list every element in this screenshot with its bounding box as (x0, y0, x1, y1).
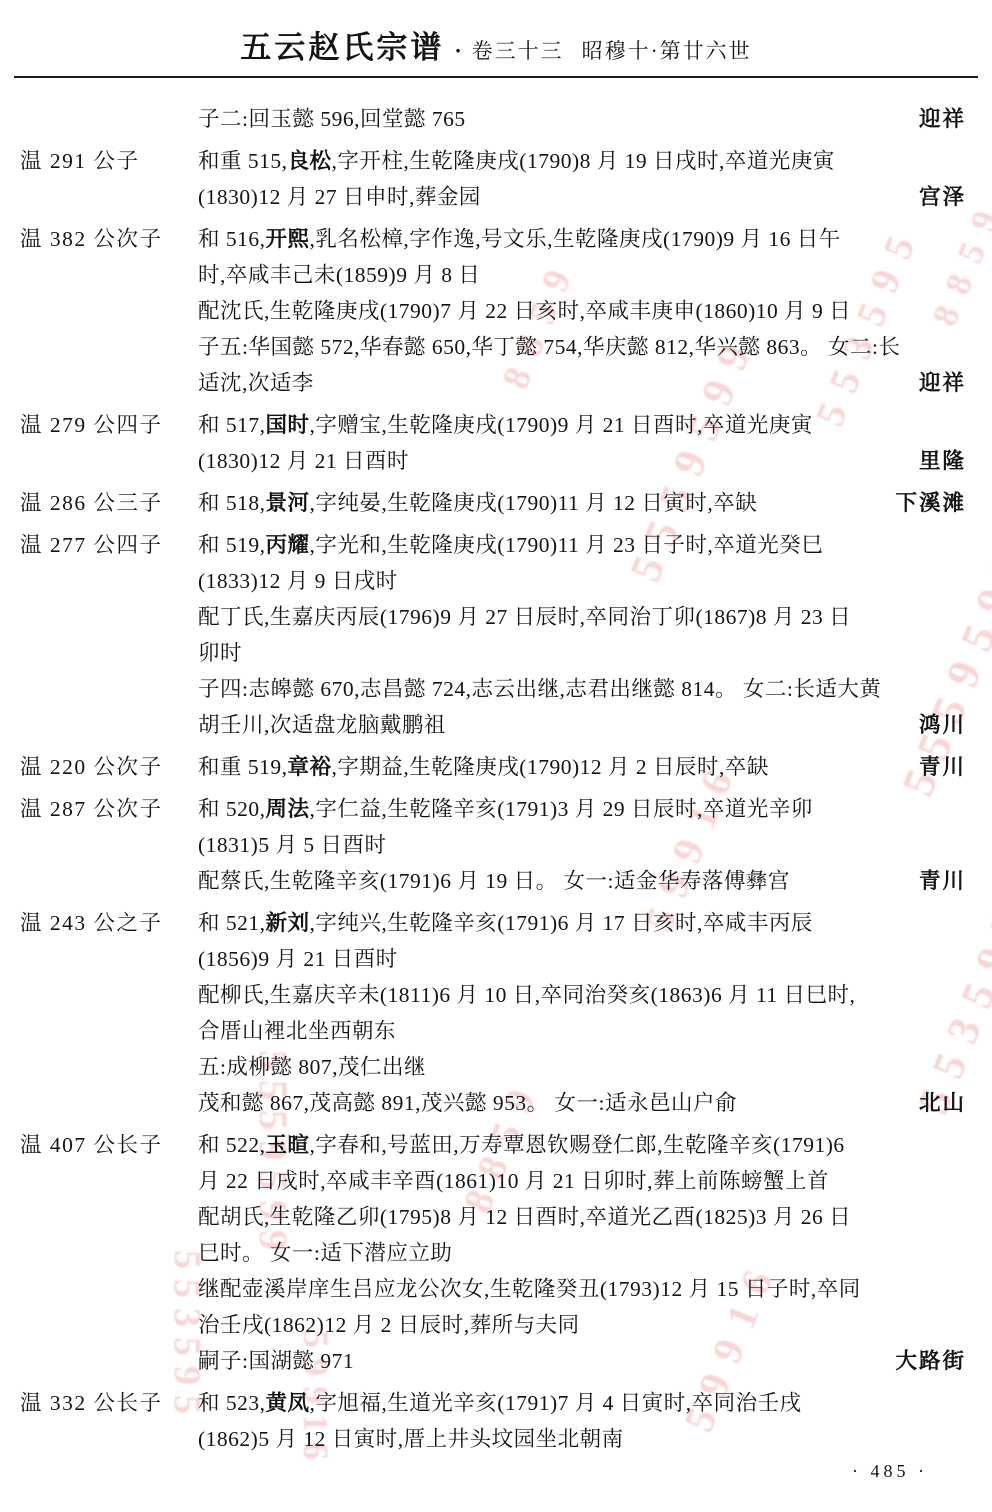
generation-label: 温 382 公次子 (20, 221, 198, 257)
page-number: · 485 · (852, 1461, 928, 1482)
entry-text: 和 518,景河,字纯晏,生乾隆庚戌(1790)11 月 12 日寅时,卒缺 (198, 485, 757, 521)
entry-text: 和重 519,章裕,字期益,生乾隆庚戌(1790)12 月 2 日辰时,卒缺 (198, 749, 769, 785)
entry-text: 和 523,黄凤,字旭福,生道光辛亥(1791)7 月 4 日寅时,卒同治壬戌 (198, 1385, 802, 1421)
entry-text: 和 516,开熙,乳名松樟,字作逸,号文乐,生乾隆庚戌(1790)9 月 16 … (198, 221, 841, 257)
entry-text: 治壬戌(1862)12 月 2 日辰时,葬所与夫同 (198, 1307, 580, 1343)
entry-text: 茂和懿 867,茂高懿 891,茂兴懿 953。 女一:适永邑山户俞 (198, 1085, 737, 1121)
given-name: 新刘 (266, 911, 310, 935)
entry-text: 配蔡氏,生乾隆辛亥(1791)6 月 19 日。 女一:适金华寿落傅彝宫 (198, 863, 790, 899)
entry-line: (1833)12 月 9 日戌时 (20, 563, 966, 599)
entry-line: 温 279 公四子和 517,国时,字赠宝,生乾隆庚戌(1790)9 月 21 … (20, 407, 966, 443)
given-name: 章裕 (288, 755, 332, 779)
generation-label: 温 279 公四子 (20, 407, 198, 443)
entry-line: 月 22 日戌时,卒咸丰辛酉(1861)10 月 21 日卯时,葬上前陈螃蟹上首 (20, 1163, 966, 1199)
place-name: 青川 (907, 749, 966, 785)
entry-text: 五:成柳懿 807,茂仁出继 (198, 1049, 426, 1085)
section-label: 昭穆十·第廿六世 (582, 35, 752, 65)
book-title: 五云赵氏宗谱 (240, 22, 444, 67)
entry-line: 温 382 公次子和 516,开熙,乳名松樟,字作逸,号文乐,生乾隆庚戌(179… (20, 221, 966, 257)
page-header: 五云赵氏宗谱 · 卷三十三 昭穆十·第廿六世 (0, 0, 992, 67)
entry-text: 继配壶溪岸庠生吕应龙公次女,生乾隆癸丑(1793)12 月 15 日子时,卒同 (198, 1271, 861, 1307)
entry-line: 配胡氏,生乾隆乙卯(1795)8 月 12 日酉时,卒道光乙酉(1825)3 月… (20, 1199, 966, 1235)
entry-line: 配柳氏,生嘉庆辛未(1811)6 月 10 日,卒同治癸亥(1863)6 月 1… (20, 977, 966, 1013)
generation-label: 温 291 公子 (20, 143, 198, 179)
place-name: 下溪滩 (883, 485, 966, 521)
generation-label: 温 287 公次子 (20, 791, 198, 827)
genealogy-page: 五云赵氏宗谱 · 卷三十三 昭穆十·第廿六世 55595995535955559… (0, 0, 992, 1512)
entry-text: 子五:华国懿 572,华春懿 650,华丁懿 754,华庆懿 812,华兴懿 8… (198, 329, 900, 365)
entry-line: 嗣子:国湖懿 971大路街 (20, 1343, 966, 1379)
entry-text: 月 22 日戌时,卒咸丰辛酉(1861)10 月 21 日卯时,葬上前陈螃蟹上首 (198, 1163, 829, 1199)
entry-line: 配沈氏,生乾隆庚戌(1790)7 月 22 日亥时,卒咸丰庚申(1860)10 … (20, 293, 966, 329)
entry-text: (1856)9 月 21 日酉时 (198, 941, 398, 977)
entry-text: 和 520,周法,字仁益,生乾隆辛亥(1791)3 月 29 日辰时,卒道光辛卯 (198, 791, 813, 827)
generation-label: 温 277 公四子 (20, 527, 198, 563)
entry-line: 温 287 公次子和 520,周法,字仁益,生乾隆辛亥(1791)3 月 29 … (20, 791, 966, 827)
place-name: 宫泽 (907, 179, 966, 215)
given-name: 开熙 (266, 227, 310, 251)
given-name: 丙耀 (266, 533, 310, 557)
entry-line: (1862)5 月 12 日寅时,厝上井头坟园坐北朝南 (20, 1421, 966, 1457)
entry-text: 配沈氏,生乾隆庚戌(1790)7 月 22 日亥时,卒咸丰庚申(1860)10 … (198, 293, 851, 329)
entry-text: 配胡氏,生乾隆乙卯(1795)8 月 12 日酉时,卒道光乙酉(1825)3 月… (198, 1199, 851, 1235)
entry-line: (1830)12 月 27 日申时,葬金园宫泽 (20, 179, 966, 215)
volume-label: 卷三十三 (472, 35, 564, 65)
entry-line: 茂和懿 867,茂高懿 891,茂兴懿 953。 女一:适永邑山户俞北山 (20, 1085, 966, 1121)
entry-text: 时,卒咸丰己未(1859)9 月 8 日 (198, 257, 480, 293)
entries-container: 子二:回玉懿 596,回堂懿 765迎祥温 291 公子和重 515,良松,字开… (0, 78, 992, 1457)
entry-line: 温 407 公长子和 522,玉暄,字春和,号蓝田,万寿覃恩钦赐登仁郎,生乾隆辛… (20, 1127, 966, 1163)
entry-text: 卯时 (198, 635, 242, 671)
entry-line: 温 220 公次子和重 519,章裕,字期益,生乾隆庚戌(1790)12 月 2… (20, 749, 966, 785)
entry-text: (1830)12 月 21 日酉时 (198, 443, 409, 479)
entry-text: 和 522,玉暄,字春和,号蓝田,万寿覃恩钦赐登仁郎,生乾隆辛亥(1791)6 (198, 1127, 845, 1163)
entry-text: 配丁氏,生嘉庆丙辰(1796)9 月 27 日辰时,卒同治丁卯(1867)8 月… (198, 599, 851, 635)
entry-text: 配柳氏,生嘉庆辛未(1811)6 月 10 日,卒同治癸亥(1863)6 月 1… (198, 977, 855, 1013)
entry-line: 时,卒咸丰己未(1859)9 月 8 日 (20, 257, 966, 293)
entry-line: 子二:回玉懿 596,回堂懿 765迎祥 (20, 101, 966, 137)
entry-text: 合厝山裡北坐西朝东 (198, 1013, 396, 1049)
entry-line: 温 277 公四子和 519,丙耀,字光和,生乾隆庚戌(1790)11 月 23… (20, 527, 966, 563)
entry-line: 配蔡氏,生乾隆辛亥(1791)6 月 19 日。 女一:适金华寿落傅彝宫青川 (20, 863, 966, 899)
title-separator: · (454, 38, 461, 64)
entry-line: 治壬戌(1862)12 月 2 日辰时,葬所与夫同 (20, 1307, 966, 1343)
entry-text: 胡壬川,次适盘龙脑戴鹏祖 (198, 707, 446, 743)
entry-line: 温 243 公之子和 521,新刘,字纯兴,生乾隆辛亥(1791)6 月 17 … (20, 905, 966, 941)
given-name: 玉暄 (266, 1133, 310, 1157)
place-name: 北山 (907, 1085, 966, 1121)
given-name: 黄凤 (266, 1391, 310, 1415)
entry-text: 子二:回玉懿 596,回堂懿 765 (198, 101, 466, 137)
place-name: 青川 (907, 863, 966, 899)
entry-line: 适沈,次适李迎祥 (20, 365, 966, 401)
entry-text: 和重 515,良松,字开柱,生乾隆庚戌(1790)8 月 19 日戌时,卒道光庚… (198, 143, 835, 179)
entry-line: 卯时 (20, 635, 966, 671)
entry-line: 子五:华国懿 572,华春懿 650,华丁懿 754,华庆懿 812,华兴懿 8… (20, 329, 966, 365)
entry-text: 子四:志皞懿 670,志昌懿 724,志云出继,志君出继懿 814。 女二:长适… (198, 671, 881, 707)
entry-line: 继配壶溪岸庠生吕应龙公次女,生乾隆癸丑(1793)12 月 15 日子时,卒同 (20, 1271, 966, 1307)
entry-text: 巳时。 女一:适下潜应立助 (198, 1235, 452, 1271)
entry-text: (1862)5 月 12 日寅时,厝上井头坟园坐北朝南 (198, 1421, 624, 1457)
place-name: 迎祥 (907, 365, 966, 401)
entry-text: (1833)12 月 9 日戌时 (198, 563, 398, 599)
place-name: 大路街 (883, 1343, 966, 1379)
entry-line: (1830)12 月 21 日酉时里隆 (20, 443, 966, 479)
entry-line: 巳时。 女一:适下潜应立助 (20, 1235, 966, 1271)
given-name: 国时 (266, 413, 310, 437)
entry-text: 和 521,新刘,字纯兴,生乾隆辛亥(1791)6 月 17 日亥时,卒咸丰丙辰 (198, 905, 813, 941)
entry-text: (1830)12 月 27 日申时,葬金园 (198, 179, 481, 215)
generation-label: 温 286 公三子 (20, 485, 198, 521)
entry-line: 胡壬川,次适盘龙脑戴鹏祖鸿川 (20, 707, 966, 743)
entry-line: 配丁氏,生嘉庆丙辰(1796)9 月 27 日辰时,卒同治丁卯(1867)8 月… (20, 599, 966, 635)
entry-text: 和 517,国时,字赠宝,生乾隆庚戌(1790)9 月 21 日酉时,卒道光庚寅 (198, 407, 813, 443)
place-name: 里隆 (907, 443, 966, 479)
generation-label: 温 220 公次子 (20, 749, 198, 785)
entry-line: 温 332 公长子和 523,黄凤,字旭福,生道光辛亥(1791)7 月 4 日… (20, 1385, 966, 1421)
entry-line: 合厝山裡北坐西朝东 (20, 1013, 966, 1049)
given-name: 周法 (266, 797, 310, 821)
entry-line: 子四:志皞懿 670,志昌懿 724,志云出继,志君出继懿 814。 女二:长适… (20, 671, 966, 707)
entry-text: 和 519,丙耀,字光和,生乾隆庚戌(1790)11 月 23 日子时,卒道光癸… (198, 527, 823, 563)
entry-line: 五:成柳懿 807,茂仁出继 (20, 1049, 966, 1085)
entry-text: (1831)5 月 5 日酉时 (198, 827, 386, 863)
given-name: 景河 (266, 491, 310, 515)
entry-line: 温 286 公三子和 518,景河,字纯晏,生乾隆庚戌(1790)11 月 12… (20, 485, 966, 521)
entry-text: 嗣子:国湖懿 971 (198, 1343, 354, 1379)
generation-label: 温 243 公之子 (20, 905, 198, 941)
entry-line: 温 291 公子和重 515,良松,字开柱,生乾隆庚戌(1790)8 月 19 … (20, 143, 966, 179)
entry-line: (1856)9 月 21 日酉时 (20, 941, 966, 977)
entry-line: (1831)5 月 5 日酉时 (20, 827, 966, 863)
place-name: 鸿川 (907, 707, 966, 743)
entry-text: 适沈,次适李 (198, 365, 314, 401)
generation-label: 温 407 公长子 (20, 1127, 198, 1163)
place-name: 迎祥 (907, 101, 966, 137)
given-name: 良松 (288, 149, 332, 173)
generation-label: 温 332 公长子 (20, 1385, 198, 1421)
